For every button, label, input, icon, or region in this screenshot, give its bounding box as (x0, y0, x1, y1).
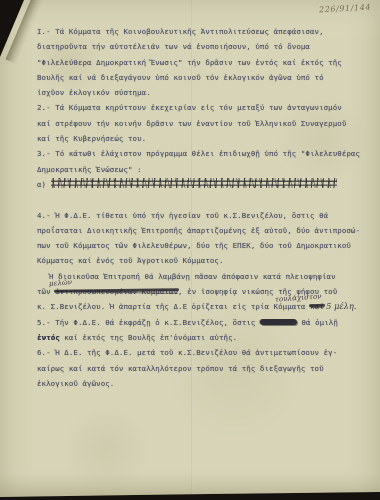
typed-text: 5.- Τήν Φ.Δ.Ε. θά ἐκφράζῃ ὁ κ.Σ.Βενιζέλο… (37, 318, 260, 327)
typed-text: 6.- Ἡ Δ.Ε. τῆς Φ.Δ.Ε. μετά τοῦ κ.Σ.Βενιζ… (37, 348, 337, 357)
text-line: τῶν ἀντιπροσωπευομένων Κομμάτων, ἐν ἰσοψ… (37, 284, 374, 299)
text-line: Ι.- Τά Κόμματα τῆς Κοινοβουλευτικῆς Ἀντι… (37, 24, 374, 39)
typed-text: "Φιλελεύθερα Δημοκρατική Ἕνωσις" τήν δρᾶ… (37, 58, 342, 67)
text-line: α) (37, 177, 374, 192)
paper-sheet: 226/91/144 Ι.- Τά Κόμματα τῆς Κοινοβουλε… (0, 0, 380, 500)
typed-text: πων τοῦ Κόμματος τῶν Φιλελευθέρων, δύο τ… (37, 241, 351, 250)
document-text: Ι.- Τά Κόμματα τῆς Κοινοβουλευτικῆς Ἀντι… (37, 24, 374, 391)
text-line: ἰσχῦον ἐκλογικόν σύστημα. (37, 85, 374, 100)
struck-text: ἀντιπροσωπευομένων Κομμάτων (55, 284, 178, 299)
typed-text: ἐκλογικοῦ ἀγῶνος. (37, 379, 114, 388)
text-line: 3.- Τό κάτωθι ἐλάχιστον πρόγραμμα θέλει … (37, 146, 374, 161)
text-line: καί τῆς Κυβερνήσεώς του. (37, 131, 374, 146)
typed-text: 4.- Ἡ Φ.Δ.Ε. τίθεται ὑπό τήν ἡγεσίαν τοῦ… (37, 211, 328, 220)
typed-text: 3.- Τό κάτωθι ἐλάχιστον πρόγραμμα θέλει … (37, 149, 360, 158)
text-line: διατηροῦντα τήν αὐτοτέλειάν των νά ἑνοπο… (37, 39, 374, 54)
typed-text: προΐσταται Διοικητικῆς Ἐπιτροπῆς ἀπαρτιζ… (37, 226, 360, 235)
text-line: "Φιλελεύθερα Δημοκρατική Ἕνωσις" τήν δρᾶ… (37, 55, 374, 70)
handwritten-inline-text: 5 μέλη. (324, 302, 357, 311)
text-line: Δημοκρατικῆς Ἑνώσεως" : (37, 162, 374, 177)
text-line: ἐντός καί ἐκτός της Βουλῆς ἐπ'ὀνόματι αὐ… (37, 330, 374, 345)
text-line: 2.- Τά Κόμματα κηρύττουν ἐκεχειρίαν εἰς … (37, 100, 374, 115)
text-line: Κόμματος καί ἑνός τοῦ Ἀγροτικοῦ Κόμματος… (37, 253, 374, 268)
typed-text: καί τῆς Κυβερνήσεώς του. (37, 134, 146, 143)
scanner-background: { "scan": { "reference_number": "226/91/… (0, 0, 380, 500)
reference-number: 226/91/144 (319, 3, 372, 15)
typed-text: Ἡ διοικοῦσα Ἐπιτροπή θά λαμβάνῃ πᾶσαν ἀπ… (49, 272, 336, 281)
text-line: 6.- Ἡ Δ.Ε. τῆς Φ.Δ.Ε. μετά τοῦ κ.Σ.Βενιζ… (37, 345, 374, 360)
text-line: πων τοῦ Κόμματος τῶν Φιλελευθέρων, δύο τ… (37, 238, 374, 253)
typed-text: Ι.- Τά Κόμματα τῆς Κοινοβουλευτικῆς Ἀντι… (37, 27, 324, 36)
text-line: κ. Σ.Βενιζέλου. Ἡ ἀπαρτία τῆς Δ.Ε ὁρίζετ… (37, 299, 374, 314)
blank-line (37, 192, 374, 207)
text-line: Βουλῆς καί νά διεξαγάγουν ὑπό κοινοῦ τόν… (37, 70, 374, 85)
handwritten-annotation: μελῶν (48, 275, 72, 292)
text-line: ἐκλογικοῦ ἀγῶνος. (37, 376, 374, 391)
typed-text: καίρως καί κατά τόν καταλληλότερον τρόπο… (37, 364, 324, 373)
redaction-mark (260, 319, 297, 325)
typed-text: Δημοκρατικῆς Ἑνώσεως" : (37, 165, 142, 174)
text-line: προΐσταται Διοικητικῆς Ἐπιτροπῆς ἀπαρτιζ… (37, 223, 374, 238)
scribble-strikethrough-icon (51, 178, 337, 188)
typed-text: Βουλῆς καί νά διεξαγάγουν ὑπό κοινοῦ τόν… (37, 73, 324, 82)
typed-text: ἰσχῦον ἐκλογικόν σύστημα. (37, 88, 151, 97)
typed-text: 2.- Τά Κόμματα κηρύττουν ἐκεχειρίαν εἰς … (37, 103, 342, 112)
typed-text: Κόμματος καί ἑνός τοῦ Ἀγροτικοῦ Κόμματος… (37, 256, 224, 265)
typed-text: καί στρέφουν τήν κοινήν δρᾶσιν των ἐναντ… (37, 119, 346, 128)
typed-text: α) (37, 180, 51, 189)
text-line: καίρως καί κατά τόν καταλληλότερον τρόπο… (37, 361, 374, 376)
text-line: καί στρέφουν τήν κοινήν δρᾶσιν των ἐναντ… (37, 116, 374, 131)
typed-text: καί ἐκτός της Βουλῆς ἐπ'ὀνόματι αὐτῆς. (60, 333, 237, 342)
overtyped-text: ἐντός (37, 333, 60, 342)
typed-text: θά ὁμιλῇ (297, 318, 338, 327)
text-line: Ἡ διοικοῦσα Ἐπιτροπή θά λαμβάνῃ πᾶσαν ἀπ… (37, 269, 374, 284)
text-line: 5.- Τήν Φ.Δ.Ε. θά ἐκφράζῃ ὁ κ.Σ.Βενιζέλο… (37, 315, 374, 330)
typed-text: διατηροῦντα τήν αὐτοτέλειάν των νά ἑνοπο… (37, 42, 310, 51)
typed-text: κ. Σ.Βενιζέλου. Ἡ ἀπαρτία τῆς Δ.Ε ὁρίζετ… (37, 302, 310, 311)
text-line: 4.- Ἡ Φ.Δ.Ε. τίθεται ὑπό τήν ἡγεσίαν τοῦ… (37, 208, 374, 223)
